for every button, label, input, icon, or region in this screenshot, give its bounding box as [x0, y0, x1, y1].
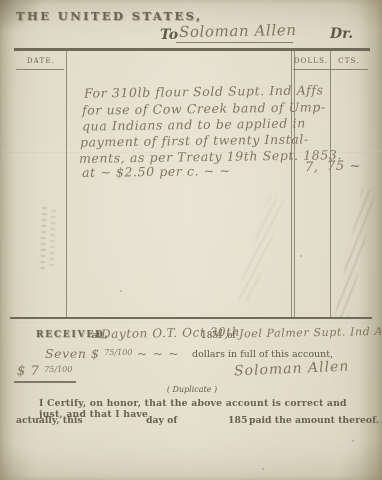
paper-speck	[262, 468, 264, 470]
to-label: To	[160, 27, 178, 43]
date-column-line	[66, 49, 67, 317]
certify-year-label: 185	[228, 415, 247, 426]
paper-crease	[0, 321, 382, 323]
paper-speck	[120, 290, 122, 292]
cts-column-header: CTS.	[331, 57, 367, 65]
certify-actually-label: actually, this	[16, 415, 83, 426]
amount-figures-text: $ 7	[17, 364, 39, 379]
entry-line: at ~ $2.50 per c. ~ ~	[82, 163, 231, 180]
certify-paid-label: paid the amount thereof.	[249, 415, 379, 426]
ledger-top-rule	[14, 48, 370, 51]
cts-column-line	[330, 49, 331, 317]
handwriting-bleedthrough-mark	[236, 196, 285, 304]
payee-underline	[176, 42, 293, 43]
ledger-bottom-rule	[10, 317, 372, 319]
paper-speck	[300, 255, 302, 257]
received-of-label: of	[227, 331, 236, 341]
entry-line: For 310lb flour Sold Supt. Ind Affs	[84, 82, 324, 100]
paper-speck	[352, 440, 354, 442]
dolls-column-header: DOLLS.	[293, 57, 329, 65]
stamp-bleedthrough-mark	[40, 205, 47, 269]
page-title: THE UNITED STATES,	[16, 9, 202, 23]
dr-label: Dr.	[330, 26, 353, 42]
date-column-header: DATE.	[20, 57, 62, 65]
amount-dollars: 7,	[305, 160, 319, 175]
amount-figures-fraction: 75/100	[44, 365, 72, 374]
date-header-underline	[16, 69, 64, 70]
received-at-label: at	[92, 331, 101, 341]
document-page: THE UNITED STATES, To Soloman Allen Dr. …	[0, 0, 382, 480]
payer-handwritten: Joel Palmer Supt. Ind Affs	[239, 325, 382, 341]
handwriting-bleedthrough-mark	[334, 188, 375, 320]
entry-line: qua Indians and to be applied in	[82, 115, 306, 133]
amount-words-fraction: 75/100	[104, 348, 132, 357]
amount-cents: 75 ~	[327, 159, 361, 174]
duplicate-label: ( Duplicate )	[140, 385, 244, 394]
amount-figures-underline	[14, 381, 76, 383]
signature: Soloman Allen	[234, 358, 350, 379]
amount-words-text: Seven $	[45, 346, 100, 361]
amount-in-figures: $ 7 75/100	[17, 364, 72, 379]
certify-day-of-label: day of	[146, 415, 177, 426]
amount-in-words: Seven $ 75/100 ~ ~ ~	[45, 346, 179, 361]
payee-name: Soloman Allen	[179, 21, 297, 41]
entry-line: payment of first of twenty Instal-	[80, 131, 309, 149]
stamp-bleedthrough-mark	[49, 208, 56, 266]
amount-words-dashes: ~ ~ ~	[137, 346, 179, 361]
dollars-in-full-label: dollars in full of this account,	[192, 349, 333, 360]
